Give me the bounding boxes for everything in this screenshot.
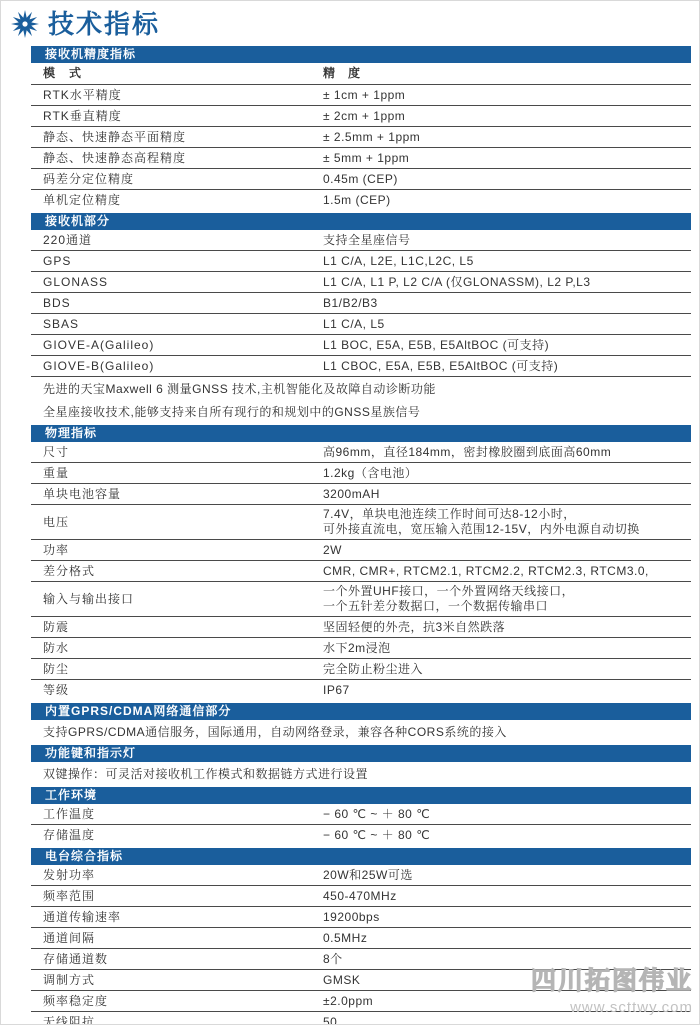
spec-value: L1 CBOC, E5A, E5B, E5AltBOC (可支持) xyxy=(323,359,691,374)
spec-value: − 60 ℃ ~ ＋ 80 ℃ xyxy=(323,807,691,822)
spec-row: GLONASSL1 C/A, L1 P, L2 C/A (仅GLONASSM),… xyxy=(31,272,691,293)
spec-row: 防尘完全防止粉尘进入 xyxy=(31,659,691,680)
spec-row: 无线阻抗50 xyxy=(31,1012,691,1025)
spec-row: 频率稳定度±2.0ppm xyxy=(31,991,691,1012)
spec-value: 支持全星座信号 xyxy=(323,233,691,248)
spec-value: L1 C/A, L5 xyxy=(323,317,691,332)
spec-row: 通道传输速率19200bps xyxy=(31,907,691,928)
spec-row: 静态、快速静态高程精度± 5mm + 1ppm xyxy=(31,148,691,169)
spec-value: IP67 xyxy=(323,683,691,698)
spec-row: GPSL1 C/A, L2E, L1C,L2C, L5 xyxy=(31,251,691,272)
spec-row: 码差分定位精度0.45m (CEP) xyxy=(31,169,691,190)
page-title: 技术指标 xyxy=(48,10,160,38)
spec-value: 0.5MHz xyxy=(323,931,691,946)
spec-value: ± 2.5mm + 1ppm xyxy=(323,130,691,145)
spec-value: 0.45m (CEP) xyxy=(323,172,691,187)
spec-row: BDSB1/B2/B3 xyxy=(31,293,691,314)
spec-value: 高96mm，直径184mm，密封橡胶圈到底面高60mm xyxy=(323,445,691,460)
spec-label: 模 式 xyxy=(43,66,323,81)
spec-row: 功率2W xyxy=(31,540,691,561)
spec-value: 2W xyxy=(323,543,691,558)
spec-row: 单机定位精度1.5m (CEP) xyxy=(31,190,691,211)
spec-value: ± 5mm + 1ppm xyxy=(323,151,691,166)
spec-label: RTK水平精度 xyxy=(43,88,323,103)
spec-value: L1 C/A, L2E, L1C,L2C, L5 xyxy=(323,254,691,269)
spec-row: 频率范围450-470MHz xyxy=(31,886,691,907)
spec-label: BDS xyxy=(43,296,323,311)
spec-label: 尺寸 xyxy=(43,445,323,460)
spec-row: SBASL1 C/A, L5 xyxy=(31,314,691,335)
spec-label: 单块电池容量 xyxy=(43,487,323,502)
spec-row: 重量1.2kg（含电池） xyxy=(31,463,691,484)
spec-label: 静态、快速静态高程精度 xyxy=(43,151,323,166)
spec-value: 1.5m (CEP) xyxy=(323,193,691,208)
spec-row: 防震坚固轻便的外壳，抗3米自然跌落 xyxy=(31,617,691,638)
spec-row: 静态、快速静态平面精度± 2.5mm + 1ppm xyxy=(31,127,691,148)
title-bar: 技术指标 xyxy=(1,1,699,44)
spec-label: SBAS xyxy=(43,317,323,332)
spec-label: GLONASS xyxy=(43,275,323,290)
spec-row: 通道间隔0.5MHz xyxy=(31,928,691,949)
spec-row: GIOVE-A(Galileo)L1 BOC, E5A, E5B, E5AltB… xyxy=(31,335,691,356)
spec-label: 通道传输速率 xyxy=(43,910,323,925)
spec-section: 内置GPRS/CDMA网络通信部分支持GPRS/CDMA通信服务，国际通用，自动… xyxy=(31,703,691,743)
spec-label: 通道间隔 xyxy=(43,931,323,946)
spec-value: 19200bps xyxy=(323,910,691,925)
spec-row: 等级IP67 xyxy=(31,680,691,701)
spec-value: CMR, CMR+, RTCM2.1, RTCM2.2, RTCM2.3, RT… xyxy=(323,564,691,579)
spec-label: 防水 xyxy=(43,641,323,656)
spec-label: GIOVE-A(Galileo) xyxy=(43,338,323,353)
spec-row: 输入与输出接口一个外置UHF接口，一个外置网络天线接口， 一个五针差分数据口，一… xyxy=(31,582,691,617)
spec-row: 差分格式CMR, CMR+, RTCM2.1, RTCM2.2, RTCM2.3… xyxy=(31,561,691,582)
spec-section: 工作环境工作温度− 60 ℃ ~ ＋ 80 ℃存储温度− 60 ℃ ~ ＋ 80… xyxy=(31,787,691,846)
spec-row: 存储温度− 60 ℃ ~ ＋ 80 ℃ xyxy=(31,825,691,846)
spec-value: 完全防止粉尘进入 xyxy=(323,662,691,677)
spec-label: 单机定位精度 xyxy=(43,193,323,208)
section-header: 接收机部分 xyxy=(31,213,691,230)
spec-label: 静态、快速静态平面精度 xyxy=(43,130,323,145)
spec-section: 接收机部分220通道支持全星座信号GPSL1 C/A, L2E, L1C,L2C… xyxy=(31,213,691,423)
spec-value: 坚固轻便的外壳，抗3米自然跌落 xyxy=(323,620,691,635)
section-rows: 支持GPRS/CDMA通信服务，国际通用，自动网络登录，兼容各种CORS系统的接… xyxy=(31,720,691,743)
spec-label: 工作温度 xyxy=(43,807,323,822)
spec-value: ± 2cm + 1ppm xyxy=(323,109,691,124)
spec-label: RTK垂直精度 xyxy=(43,109,323,124)
spec-row: 电压7.4V，单块电池连续工作时间可达8-12小时， 可外接直流电，宽压输入范围… xyxy=(31,505,691,540)
starburst-icon xyxy=(11,10,39,38)
spec-section: 功能键和指示灯双键操作：可灵活对接收机工作模式和数据链方式进行设置 xyxy=(31,745,691,785)
spec-row: 调制方式GMSK xyxy=(31,970,691,991)
spec-label: 防尘 xyxy=(43,662,323,677)
spec-value: L1 C/A, L1 P, L2 C/A (仅GLONASSM), L2 P,L… xyxy=(323,275,691,290)
spec-section: 物理指标尺寸高96mm，直径184mm，密封橡胶圈到底面高60mm重量1.2kg… xyxy=(31,425,691,701)
spec-value: 20W和25W可选 xyxy=(323,868,691,883)
spec-note-row: 先进的天宝Maxwell 6 测量GNSS 技术,主机智能化及故障自动诊断功能 xyxy=(31,377,691,400)
spec-value: 50 xyxy=(323,1015,691,1025)
spec-label: 电压 xyxy=(43,515,323,530)
spec-row: 单块电池容量3200mAH xyxy=(31,484,691,505)
spec-value: B1/B2/B3 xyxy=(323,296,691,311)
spec-label: 存储通道数 xyxy=(43,952,323,967)
spec-value: L1 BOC, E5A, E5B, E5AltBOC (可支持) xyxy=(323,338,691,353)
spec-row: 尺寸高96mm，直径184mm，密封橡胶圈到底面高60mm xyxy=(31,442,691,463)
spec-label: 防震 xyxy=(43,620,323,635)
section-rows: 尺寸高96mm，直径184mm，密封橡胶圈到底面高60mm重量1.2kg（含电池… xyxy=(31,442,691,701)
spec-row: RTK垂直精度± 2cm + 1ppm xyxy=(31,106,691,127)
spec-tables: 接收机精度指标模 式精 度RTK水平精度± 1cm + 1ppmRTK垂直精度±… xyxy=(31,46,691,1025)
section-header: 电台综合指标 xyxy=(31,848,691,865)
section-rows: 工作温度− 60 ℃ ~ ＋ 80 ℃存储温度− 60 ℃ ~ ＋ 80 ℃ xyxy=(31,804,691,846)
spec-note-row: 全星座接收技术,能够支持来自所有现行的和规划中的GNSS星族信号 xyxy=(31,400,691,423)
section-header: 接收机精度指标 xyxy=(31,46,691,63)
section-rows: 模 式精 度RTK水平精度± 1cm + 1ppmRTK垂直精度± 2cm + … xyxy=(31,63,691,211)
spec-row: GIOVE-B(Galileo)L1 CBOC, E5A, E5B, E5Alt… xyxy=(31,356,691,377)
spec-value: ±2.0ppm xyxy=(323,994,691,1009)
spec-row: RTK水平精度± 1cm + 1ppm xyxy=(31,85,691,106)
spec-label: GPS xyxy=(43,254,323,269)
spec-sheet-page: 技术指标 接收机精度指标模 式精 度RTK水平精度± 1cm + 1ppmRTK… xyxy=(0,0,700,1025)
spec-label: 码差分定位精度 xyxy=(43,172,323,187)
spec-label: 等级 xyxy=(43,683,323,698)
spec-row: 220通道支持全星座信号 xyxy=(31,230,691,251)
spec-label: 输入与输出接口 xyxy=(43,592,323,607)
spec-value: 3200mAH xyxy=(323,487,691,502)
spec-value: 450-470MHz xyxy=(323,889,691,904)
spec-value: − 60 ℃ ~ ＋ 80 ℃ xyxy=(323,828,691,843)
spec-note-row: 支持GPRS/CDMA通信服务，国际通用，自动网络登录，兼容各种CORS系统的接… xyxy=(31,720,691,743)
section-rows: 双键操作：可灵活对接收机工作模式和数据链方式进行设置 xyxy=(31,762,691,785)
spec-value: GMSK xyxy=(323,973,691,988)
spec-label: 功率 xyxy=(43,543,323,558)
spec-section: 接收机精度指标模 式精 度RTK水平精度± 1cm + 1ppmRTK垂直精度±… xyxy=(31,46,691,211)
spec-value: 1.2kg（含电池） xyxy=(323,466,691,481)
column-header-row: 模 式精 度 xyxy=(31,63,691,85)
spec-row: 存储通道数8个 xyxy=(31,949,691,970)
spec-label: 差分格式 xyxy=(43,564,323,579)
section-header: 内置GPRS/CDMA网络通信部分 xyxy=(31,703,691,720)
spec-row: 防水水下2m浸泡 xyxy=(31,638,691,659)
section-header: 物理指标 xyxy=(31,425,691,442)
spec-section: 电台综合指标发射功率20W和25W可选频率范围450-470MHz通道传输速率1… xyxy=(31,848,691,1025)
spec-value: 8个 xyxy=(323,952,691,967)
spec-label: 存储温度 xyxy=(43,828,323,843)
spec-value: 水下2m浸泡 xyxy=(323,641,691,656)
spec-label: 频率范围 xyxy=(43,889,323,904)
spec-label: 无线阻抗 xyxy=(43,1015,323,1025)
spec-value: 7.4V，单块电池连续工作时间可达8-12小时， 可外接直流电，宽压输入范围12… xyxy=(323,507,691,537)
section-rows: 220通道支持全星座信号GPSL1 C/A, L2E, L1C,L2C, L5G… xyxy=(31,230,691,423)
spec-row: 工作温度− 60 ℃ ~ ＋ 80 ℃ xyxy=(31,804,691,825)
spec-value: 精 度 xyxy=(323,66,691,81)
spec-note-row: 双键操作：可灵活对接收机工作模式和数据链方式进行设置 xyxy=(31,762,691,785)
spec-label: 调制方式 xyxy=(43,973,323,988)
spec-row: 发射功率20W和25W可选 xyxy=(31,865,691,886)
spec-label: 频率稳定度 xyxy=(43,994,323,1009)
spec-label: 发射功率 xyxy=(43,868,323,883)
section-header: 工作环境 xyxy=(31,787,691,804)
spec-value: 一个外置UHF接口，一个外置网络天线接口， 一个五针差分数据口，一个数据传输串口 xyxy=(323,584,691,614)
section-rows: 发射功率20W和25W可选频率范围450-470MHz通道传输速率19200bp… xyxy=(31,865,691,1025)
spec-label: GIOVE-B(Galileo) xyxy=(43,359,323,374)
spec-label: 重量 xyxy=(43,466,323,481)
section-header: 功能键和指示灯 xyxy=(31,745,691,762)
spec-value: ± 1cm + 1ppm xyxy=(323,88,691,103)
spec-label: 220通道 xyxy=(43,233,323,248)
